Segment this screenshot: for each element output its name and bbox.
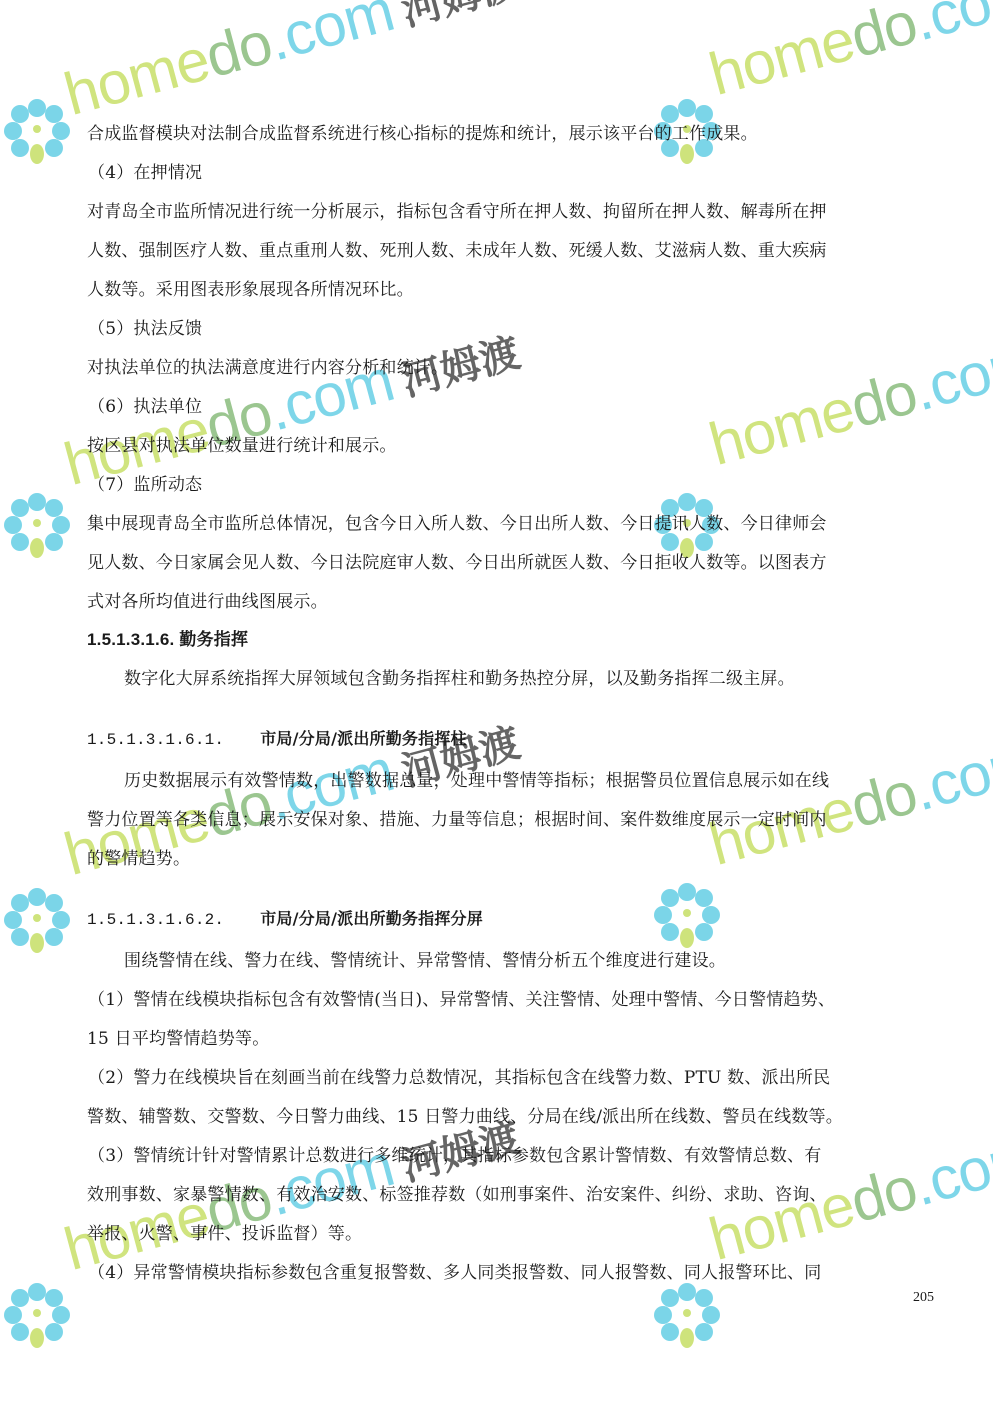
watermark-logo: homedo.com: [702, 325, 993, 479]
subsection-heading: （5）执法反馈: [88, 318, 202, 340]
document-page: homedo.com河姆渡 homedo.com homedo.com河姆渡 h…: [0, 0, 993, 1403]
paragraph-text: 合成监督模块对法制合成监督系统进行核心指标的提炼和统计，展示该平台的工作成果。: [87, 123, 758, 145]
heading-title: 市局/分局/派出所勤务指挥柱: [260, 729, 467, 748]
paragraph-text: 举报、火警、事件、投诉监督）等。: [87, 1223, 362, 1245]
paragraph-text: 式对各所均值进行曲线图展示。: [87, 591, 328, 613]
section-heading-1-5-1-3-1-6: 1.5.1.3.1.6. 勤务指挥: [87, 629, 248, 651]
page-number: 205: [913, 1290, 934, 1306]
flower-logo-icon: [2, 1280, 72, 1350]
watermark-logo: homedo.com: [702, 0, 993, 109]
paragraph-text: 的警情趋势。: [87, 848, 190, 870]
paragraph-text: （2）警力在线模块旨在刻画当前在线警力总数情况，其指标包含在线警力数、PTU 数…: [88, 1067, 830, 1089]
subsection-heading: （4）在押情况: [88, 162, 202, 184]
paragraph-text: 历史数据展示有效警情数，出警数据总量，处理中警情等指标；根据警员位置信息展示如在…: [124, 770, 829, 792]
paragraph-text: 人数、强制医疗人数、重点重刑人数、死刑人数、未成年人数、死缓人数、艾滋病人数、重…: [87, 240, 827, 262]
paragraph-text: （1）警情在线模块指标包含有效警情(当日)、异常警情、关注警情、处理中警情、今日…: [88, 989, 835, 1011]
watermark-logo: homedo.com: [702, 725, 993, 879]
paragraph-text: 警数、辅警数、交警数、今日警力曲线、15 日警力曲线、分局在线/派出所在线数、警…: [87, 1106, 843, 1128]
subsection-heading: （6）执法单位: [88, 396, 202, 418]
heading-title: 市局/分局/派出所勤务指挥分屏: [260, 909, 483, 928]
paragraph-text: 15 日平均警情趋势等。: [87, 1028, 269, 1050]
subsection-heading: （7）监所动态: [88, 474, 202, 496]
heading-number: 1.5.1.3.1.6.2.: [87, 911, 224, 929]
flower-logo-icon: [2, 885, 72, 955]
section-heading-1-5-1-3-1-6-2: 1.5.1.3.1.6.2.市局/分局/派出所勤务指挥分屏: [87, 908, 483, 931]
paragraph-text: 对执法单位的执法满意度进行内容分析和统计。: [87, 357, 448, 379]
flower-logo-icon: [2, 96, 72, 166]
paragraph-text: 人数等。采用图表形象展现各所情况环比。: [87, 279, 414, 301]
flower-logo-icon: [652, 880, 722, 950]
paragraph-text: （4）异常警情模块指标参数包含重复报警数、多人同类报警数、同人报警数、同人报警环…: [88, 1262, 821, 1284]
paragraph-text: （3）警情统计针对警情累计总数进行多维统计，其指标参数包含累计警情数、有效警情总…: [88, 1145, 821, 1167]
paragraph-text: 按区县对执法单位数量进行统计和展示。: [87, 435, 397, 457]
heading-number: 1.5.1.3.1.6.1.: [87, 731, 224, 749]
watermark-logo: homedo.com河姆渡: [57, 0, 526, 129]
paragraph-text: 数字化大屏系统指挥大屏领域包含勤务指挥柱和勤务热控分屏，以及勤务指挥二级主屏。: [124, 668, 795, 690]
paragraph-text: 围绕警情在线、警力在线、警情统计、异常警情、警情分析五个维度进行建设。: [124, 950, 726, 972]
paragraph-text: 集中展现青岛全市监所总体情况，包含今日入所人数、今日出所人数、今日提讯人数、今日…: [87, 513, 827, 535]
paragraph-text: 对青岛全市监所情况进行统一分析展示，指标包含看守所在押人数、拘留所在押人数、解毒…: [87, 201, 827, 223]
section-heading-1-5-1-3-1-6-1: 1.5.1.3.1.6.1.市局/分局/派出所勤务指挥柱: [87, 728, 467, 751]
flower-logo-icon: [2, 490, 72, 560]
flower-logo-icon: [652, 1280, 722, 1350]
paragraph-text: 警力位置等各类信息；展示安保对象、措施、力量等信息；根据时间、案件数维度展示一定…: [87, 809, 827, 831]
paragraph-text: 效刑事数、家暴警情数、有效治安数、标签推荐数（如刑事案件、治安案件、纠纷、求助、…: [87, 1184, 827, 1206]
paragraph-text: 见人数、今日家属会见人数、今日法院庭审人数、今日出所就医人数、今日拒收人数等。以…: [87, 552, 827, 574]
